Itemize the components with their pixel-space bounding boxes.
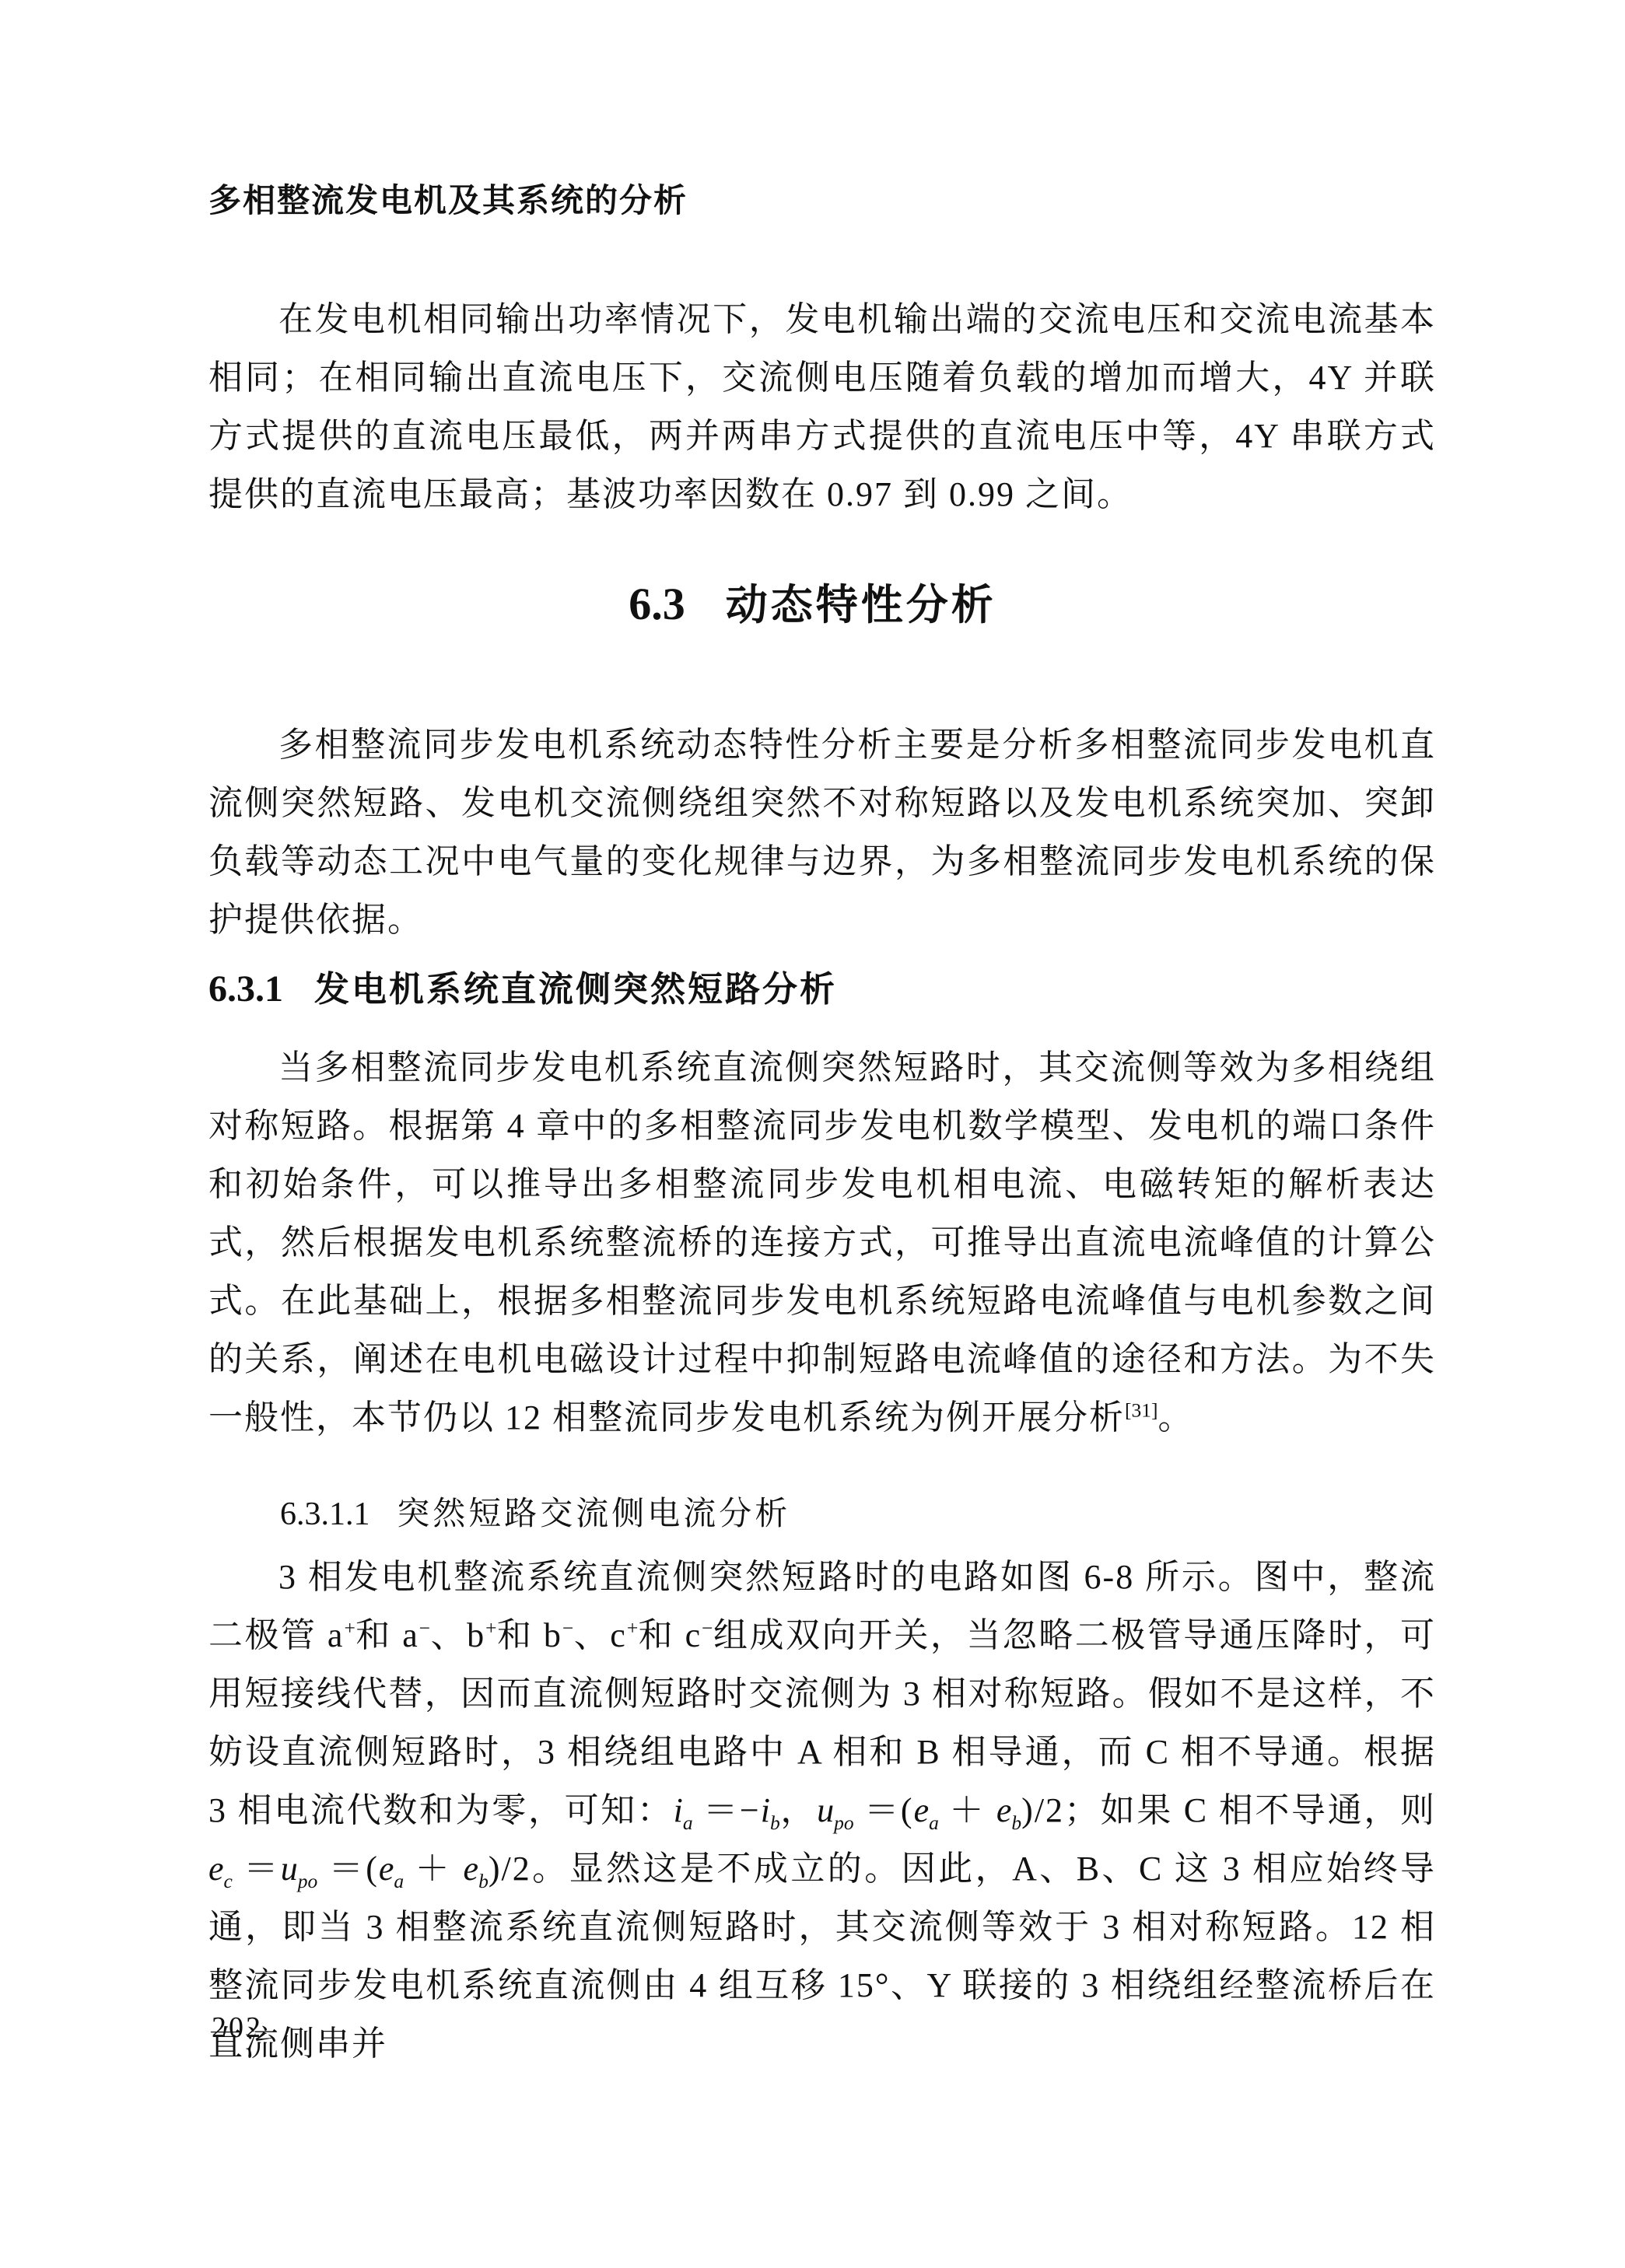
paragraph-dc-short-circuit-overview: 当多相整流同步发电机系统直流侧突然短路时，其交流侧等效为多相绕组对称短路。根据第… — [208, 1038, 1436, 1447]
subsubsection-title: 突然短路交流侧电流分析 — [397, 1496, 790, 1532]
paragraph-ac-side-current-analysis: 3 相发电机整流系统直流侧突然短路时的电路如图 6-8 所示。图中，整流二极管 … — [208, 1548, 1436, 2073]
subsubsection-heading-6-3-1-1: 6.3.1.1 突然短路交流侧电流分析 — [280, 1495, 1436, 1534]
subsection-number: 6.3.1 — [208, 968, 283, 1010]
subsubsection-number: 6.3.1.1 — [280, 1496, 370, 1532]
subsection-title: 发电机系统直流侧突然短路分析 — [314, 969, 837, 1009]
paragraph-dc-voltage-summary: 在发电机相同输出功率情况下，发电机输出端的交流电压和交流电流基本相同；在相同输出… — [208, 290, 1436, 523]
book-page: 多相整流发电机及其系统的分析 在发电机相同输出功率情况下，发电机输出端的交流电压… — [0, 0, 1625, 2268]
section-title: 动态特性分析 — [726, 582, 996, 628]
section-heading-6-3: 6.3 动态特性分析 — [0, 577, 1625, 632]
section-number: 6.3 — [629, 579, 685, 629]
subsection-heading-6-3-1: 6.3.1 发电机系统直流侧突然短路分析 — [208, 967, 1436, 1012]
page-number: 202 — [212, 2011, 263, 2046]
running-header: 多相整流发电机及其系统的分析 — [208, 181, 688, 222]
paragraph-dynamic-analysis-intro: 多相整流同步发电机系统动态特性分析主要是分析多相整流同步发电机直流侧突然短路、发… — [208, 716, 1436, 949]
